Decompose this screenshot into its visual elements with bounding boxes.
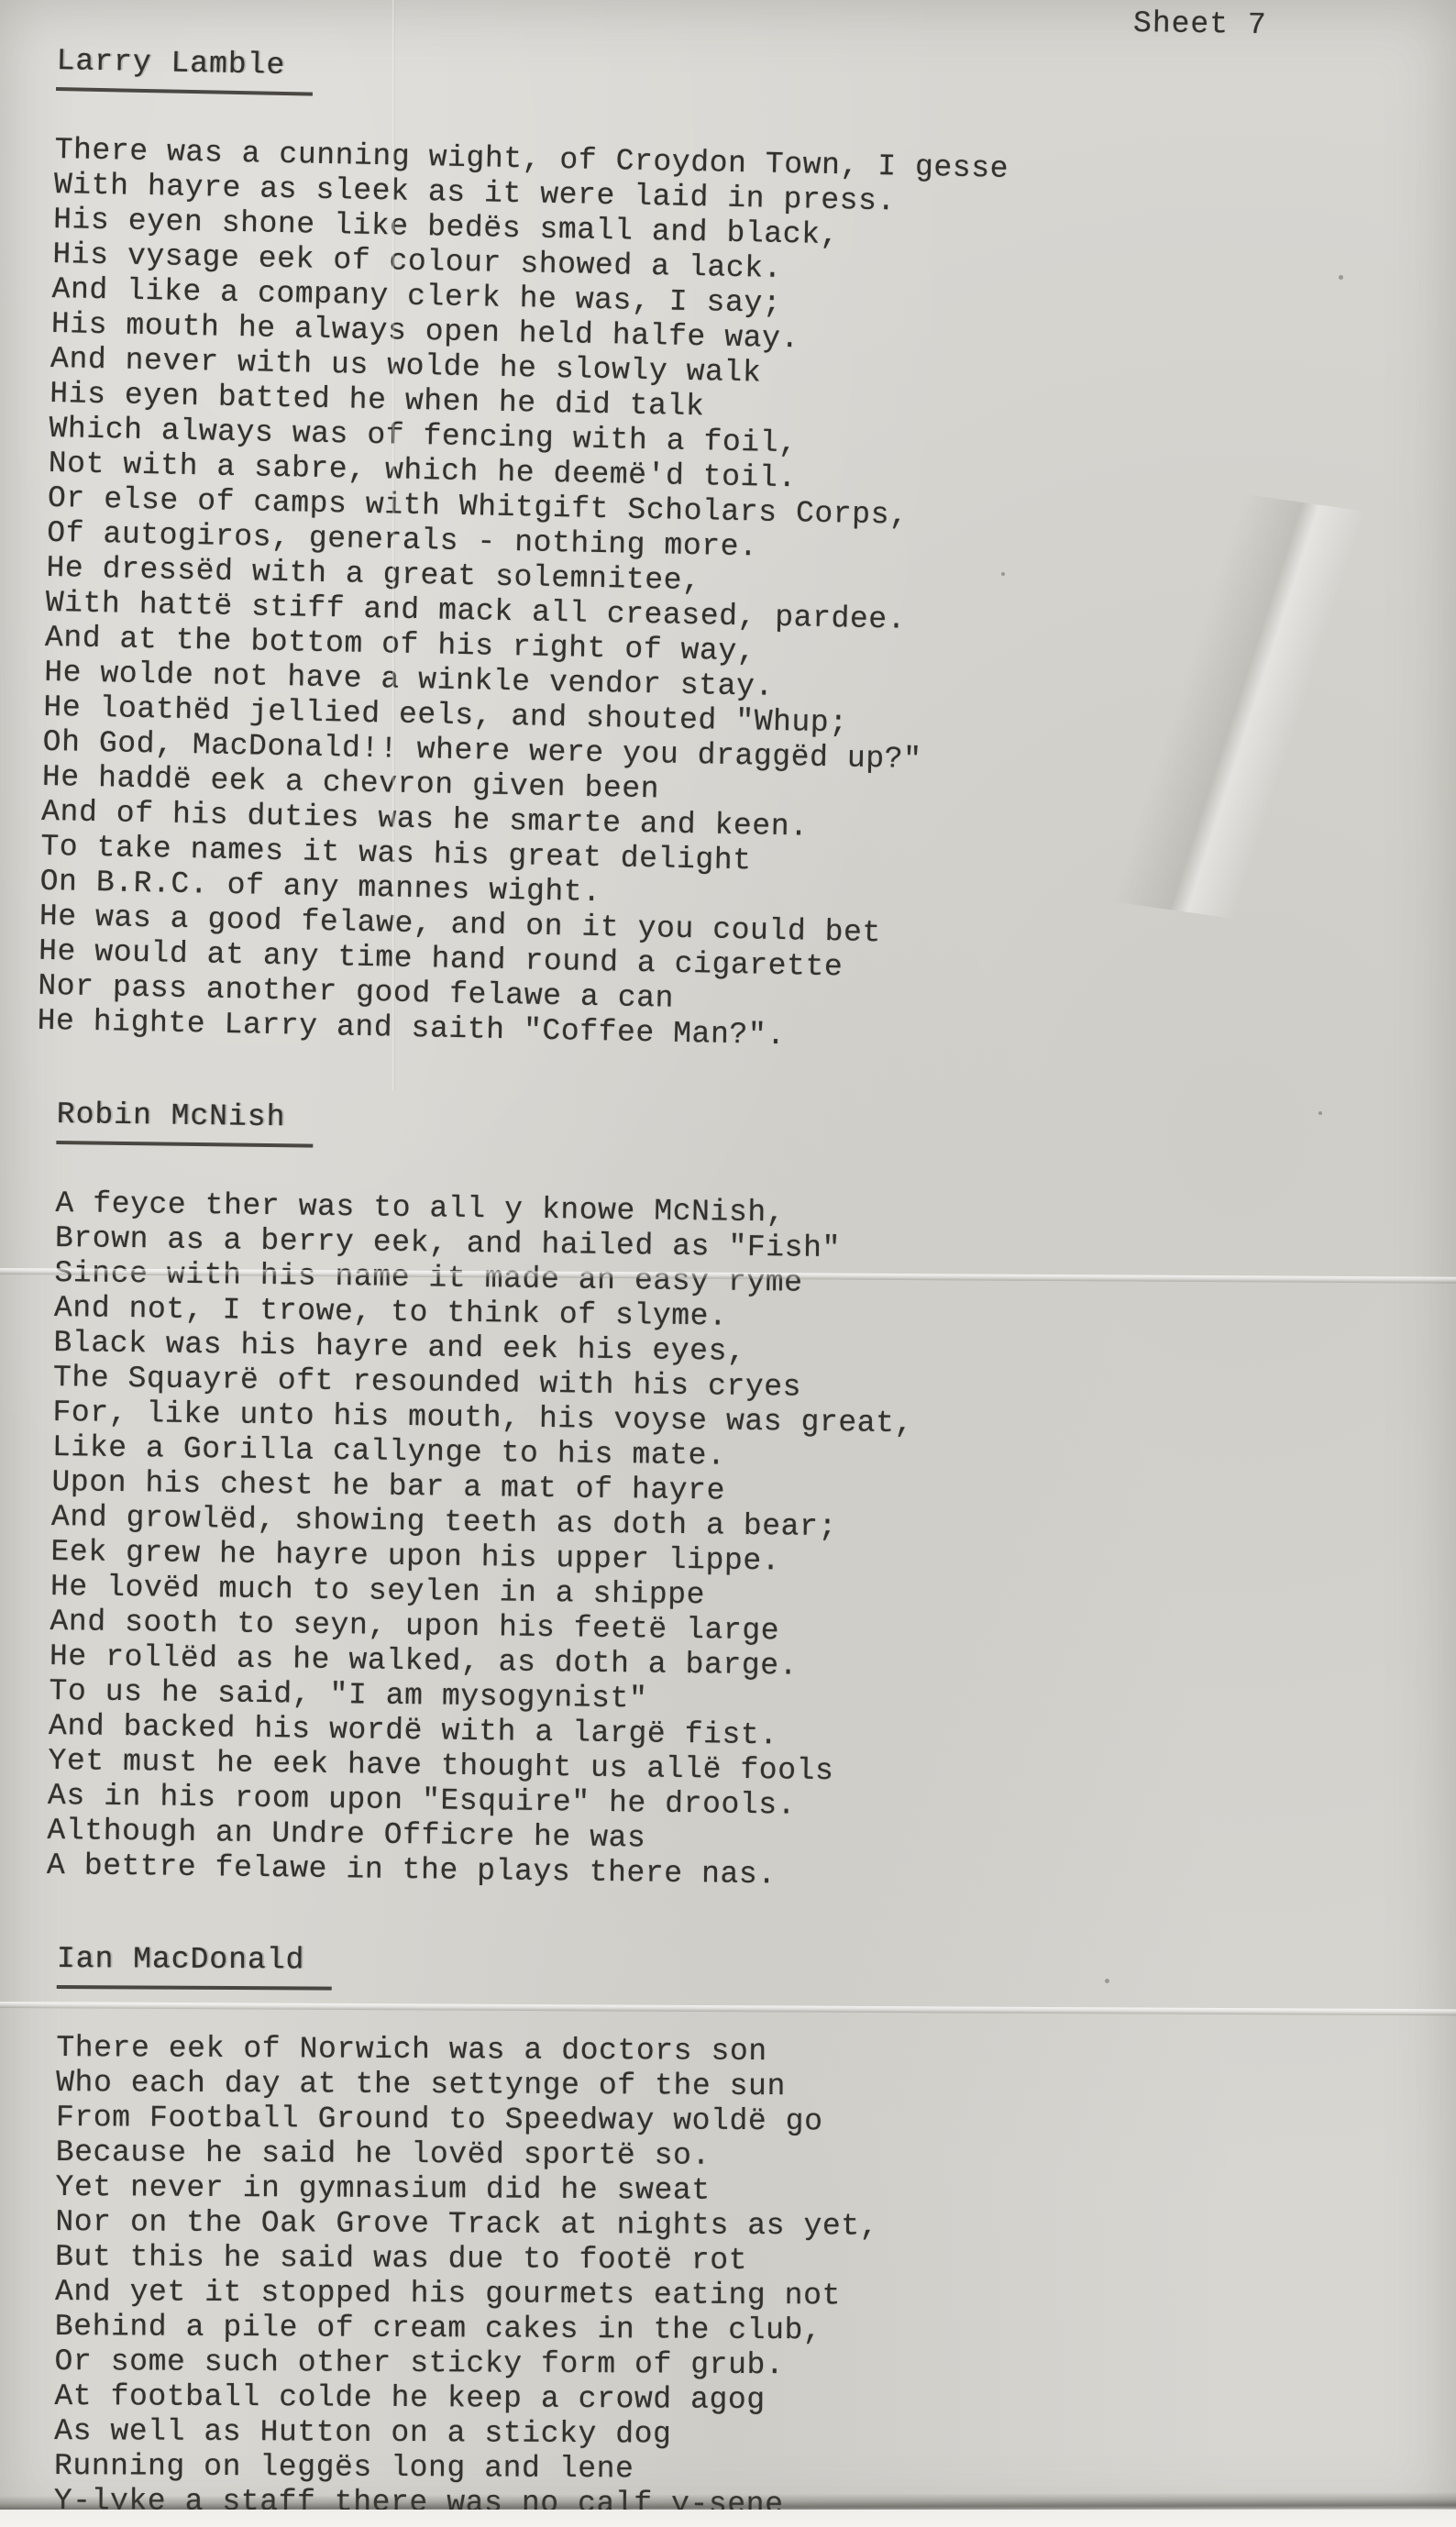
section-title: Robin McNish — [56, 1098, 313, 1148]
paper-speck — [1001, 572, 1005, 576]
section-title: Ian MacDonald — [57, 1942, 333, 1991]
page-bottom-edge — [0, 2510, 1456, 2527]
paper-speck — [1105, 1979, 1109, 1983]
paper-speck — [1318, 1111, 1322, 1115]
section-title: Larry Lamble — [56, 44, 314, 96]
poem-section: Ian MacDonaldThere eek of Norwich was a … — [54, 1942, 1456, 2526]
poem-section: Robin McNishA feyce ther was to all y kn… — [47, 1098, 1456, 1902]
paper-speck — [1339, 275, 1343, 280]
poem-body: There eek of Norwich was a doctors sonWh… — [54, 2031, 1456, 2526]
document-page: Sheet 7 Larry LambleThere was a cunning … — [0, 0, 1456, 2527]
vertical-fold-crease — [392, 0, 395, 1091]
poem-body: A feyce ther was to all y knowe McNish,B… — [47, 1186, 1455, 1902]
poem-sections: Larry LambleThere was a cunning wight, o… — [0, 0, 1456, 2519]
